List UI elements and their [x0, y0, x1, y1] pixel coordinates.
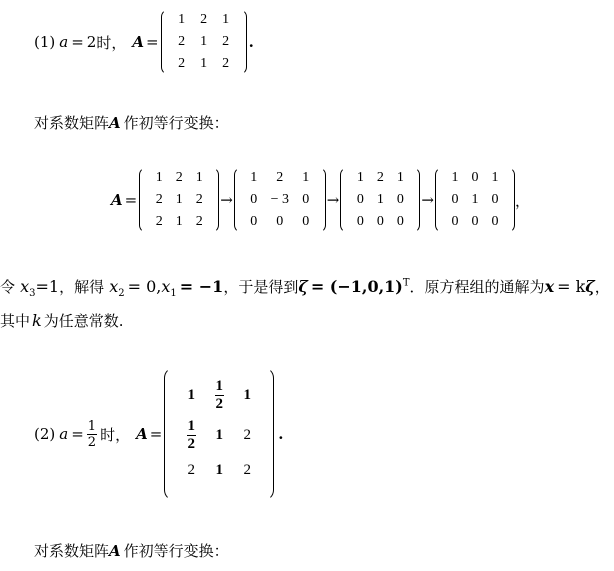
- period: .: [278, 425, 283, 443]
- cell: 0: [296, 189, 316, 211]
- part1-label: (1): [34, 33, 55, 51]
- when-text: 时，: [100, 424, 130, 445]
- a-value: 2: [87, 33, 97, 51]
- cell: 1: [169, 211, 189, 233]
- cell: 1: [244, 167, 264, 189]
- cell: 2: [193, 9, 215, 31]
- value: =1: [36, 277, 60, 296]
- text: 作初等行变换：: [124, 542, 229, 560]
- cell: 2: [189, 211, 209, 233]
- cell: 2: [149, 211, 169, 233]
- var-k: k: [32, 311, 42, 330]
- transpose: T: [403, 278, 410, 289]
- fraction-cell: 12: [215, 379, 225, 412]
- cell: 2: [370, 167, 390, 189]
- zeta: ζ: [298, 277, 307, 296]
- period: .: [249, 33, 254, 51]
- fraction-cell: 12: [187, 419, 197, 452]
- step1-text: 对系数矩阵A作初等行变换：: [34, 112, 229, 133]
- cell: 1: [370, 189, 390, 211]
- cell: 0: [350, 189, 370, 211]
- equals: =: [150, 425, 163, 443]
- cell: 1: [189, 167, 209, 189]
- cell: 1: [465, 189, 485, 211]
- cell: 2: [215, 31, 237, 53]
- equals: =: [71, 425, 84, 443]
- cell: 1: [204, 415, 234, 455]
- solution-line-2: 其中k为任意常数.: [0, 310, 124, 331]
- subscript: 1: [170, 288, 176, 299]
- cell: 2: [149, 189, 169, 211]
- cell: 1: [193, 53, 215, 75]
- part1-line: (1) a = 2 时， A = 121 212 212 .: [34, 6, 254, 78]
- var-x: x: [545, 277, 555, 296]
- cell: 1: [350, 167, 370, 189]
- numerator: 1: [187, 419, 197, 436]
- cell: 0: [244, 189, 264, 211]
- matrix-name: A: [111, 191, 123, 209]
- value: = k: [557, 277, 585, 296]
- text: 作初等行变换：: [124, 114, 229, 132]
- cell: 0: [264, 211, 296, 233]
- var-x3: x: [20, 277, 29, 296]
- cell: 1: [169, 189, 189, 211]
- cell: − 3: [264, 189, 296, 211]
- cell: 0: [296, 211, 316, 233]
- text: 为任意常数.: [44, 312, 124, 330]
- cell: 1: [390, 167, 410, 189]
- zeta: ζ: [585, 277, 594, 296]
- cell: 2: [178, 455, 204, 485]
- cell: 2: [169, 167, 189, 189]
- arrow-icon: →: [220, 191, 233, 209]
- value: = 0,: [128, 277, 162, 296]
- cell: 2: [171, 31, 193, 53]
- cell: 1: [215, 9, 237, 31]
- denominator: 2: [215, 396, 225, 412]
- cell: 0: [465, 211, 485, 233]
- part2-line: (2) a = 1 2 时， A = 1 12 1 12 1 2 2 1 2: [34, 366, 284, 502]
- equals: =: [125, 191, 138, 209]
- cell: 0: [485, 211, 505, 233]
- arrow-icon: →: [327, 191, 340, 209]
- solution-line-1: 令 x3=1，解得 x2= 0,x1= −1，于是得到ζ= (−1,0,1)T．…: [0, 276, 610, 299]
- value: = −1: [180, 277, 224, 296]
- equals: =: [71, 33, 84, 51]
- text: 对系数矩阵: [34, 542, 109, 560]
- reduction-chain: A = 121 212 212 → 121 0− 30 000 → 121 01…: [111, 164, 530, 236]
- matrix-name: A: [132, 33, 144, 51]
- matrix-A-half: 1 12 1 12 1 2 2 1 2: [164, 367, 274, 501]
- cell: 2: [189, 189, 209, 211]
- denominator: 2: [87, 435, 97, 449]
- when-text: 时，: [96, 32, 126, 53]
- cell: 2: [171, 53, 193, 75]
- text: ，于是得到: [223, 278, 298, 296]
- matrix-step-1: 121 0− 30 000: [234, 167, 326, 233]
- cell: 2: [264, 167, 296, 189]
- matrix-step-0: 121 212 212: [139, 167, 219, 233]
- numerator: 1: [87, 420, 97, 435]
- cell: 0: [244, 211, 264, 233]
- matrix-name: A: [109, 542, 121, 560]
- denominator: 2: [187, 436, 197, 452]
- cell: 2: [215, 53, 237, 75]
- equals: =: [146, 33, 159, 51]
- cell: 1: [171, 9, 193, 31]
- cell: 0: [485, 189, 505, 211]
- comma: ，: [595, 278, 610, 296]
- var-a: a: [59, 33, 68, 51]
- cell: 0: [350, 211, 370, 233]
- cell: 1: [445, 167, 465, 189]
- numerator: 1: [215, 379, 225, 396]
- text: 其中: [0, 312, 30, 330]
- cell: 0: [445, 211, 465, 233]
- step2-text: 对系数矩阵A作初等行变换：: [34, 540, 229, 561]
- cell: 0: [445, 189, 465, 211]
- text: ．原方程组的通解为: [410, 278, 545, 296]
- fraction-a: 1 2: [87, 420, 97, 449]
- arrow-icon: →: [421, 191, 434, 209]
- cell: 1: [193, 31, 215, 53]
- cell: 0: [370, 211, 390, 233]
- part2-label: (2): [34, 425, 55, 443]
- cell: 2: [234, 415, 260, 455]
- matrix-name: A: [109, 114, 121, 132]
- text: 令: [0, 278, 15, 296]
- matrix-A: 121 212 212: [161, 9, 247, 75]
- matrix-step-3: 101 010 000: [435, 167, 515, 233]
- cell: 0: [390, 189, 410, 211]
- text: ，解得: [59, 278, 104, 296]
- cell: 1: [178, 375, 204, 415]
- var-x2: x: [109, 277, 118, 296]
- cell: 0: [390, 211, 410, 233]
- cell: 1: [149, 167, 169, 189]
- cell: 2: [234, 455, 260, 485]
- text: 对系数矩阵: [34, 114, 109, 132]
- subscript: 2: [118, 288, 124, 299]
- matrix-step-2: 121 010 000: [340, 167, 420, 233]
- cell: 0: [465, 167, 485, 189]
- var-a: a: [59, 425, 68, 443]
- cell: 1: [234, 375, 260, 415]
- cell: 1: [296, 167, 316, 189]
- cell: 1: [485, 167, 505, 189]
- vector: = (−1,0,1): [311, 277, 403, 296]
- comma: ，: [515, 190, 530, 211]
- matrix-name: A: [136, 425, 148, 443]
- cell: 1: [204, 455, 234, 485]
